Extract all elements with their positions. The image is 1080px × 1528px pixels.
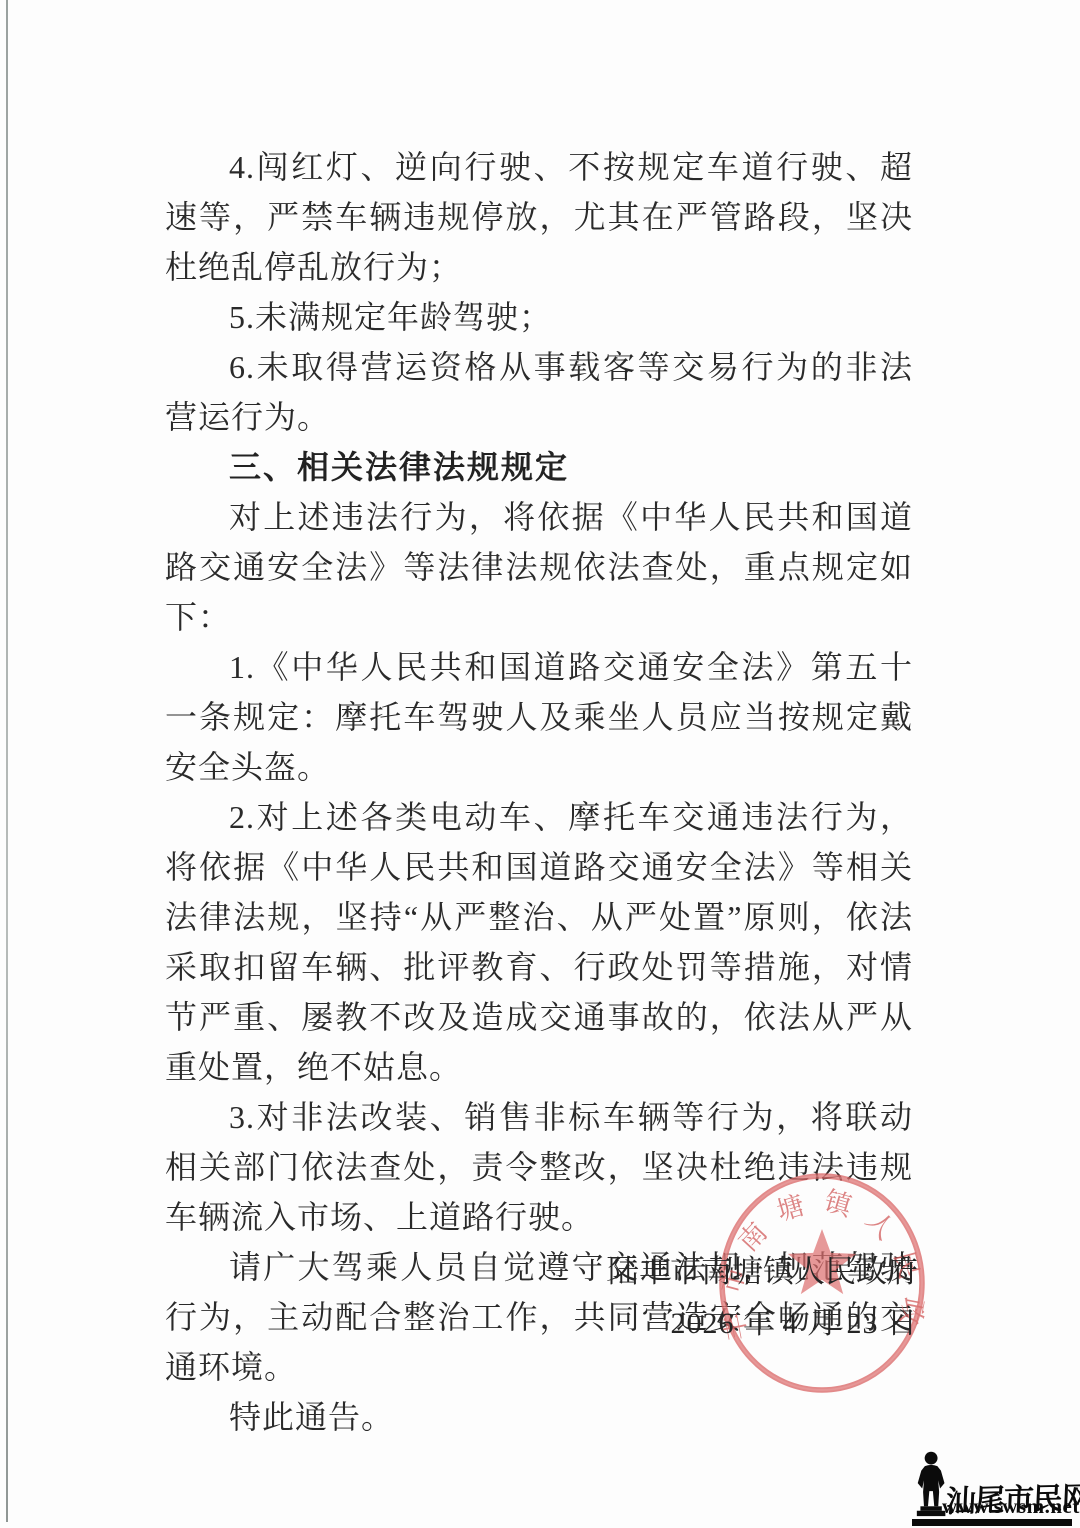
notice-paragraph-item6: 6.未取得营运资格从事载客等交易行为的非法营运行为。 <box>165 342 913 442</box>
watermark-logo: 汕尾市民网 www.swsm.net <box>908 1446 1074 1526</box>
notice-paragraph-item4: 4.闯红灯、逆向行驶、不按规定车道行驶、超速等，严禁车辆违规停放，尤其在严管路段… <box>165 142 913 292</box>
issue-date: 2026 年 4 月 23 日 <box>608 1304 918 1344</box>
signature-block: 陆丰市南塘镇人民政府 2026 年 4 月 23 日 <box>608 1250 918 1344</box>
notice-paragraph-law1: 1.《中华人民共和国道路交通安全法》第五十一条规定：摩托车驾驶人及乘坐人员应当按… <box>165 642 913 792</box>
watermark-base-bar <box>912 1519 1072 1526</box>
notice-paragraph-item5: 5.未满规定年龄驾驶； <box>165 292 913 342</box>
notice-paragraph-law2: 2.对上述各类电动车、摩托车交通违法行为，将依据《中华人民共和国道路交通安全法》… <box>165 792 913 1092</box>
section-heading: 三、相关法律法规规定 <box>165 442 913 492</box>
notice-paragraph-intro: 对上述违法行为，将依据《中华人民共和国道路交通安全法》等法律法规依法查处，重点规… <box>165 492 913 642</box>
page-edge-line <box>6 0 8 1522</box>
issuer-name: 陆丰市南塘镇人民政府 <box>608 1250 918 1294</box>
watermark-site-url: www.swsm.net <box>942 1494 1080 1519</box>
scanned-notice-page: 4.闯红灯、逆向行驶、不按规定车道行驶、超速等，严禁车辆违规停放，尤其在严管路段… <box>0 0 1080 1528</box>
